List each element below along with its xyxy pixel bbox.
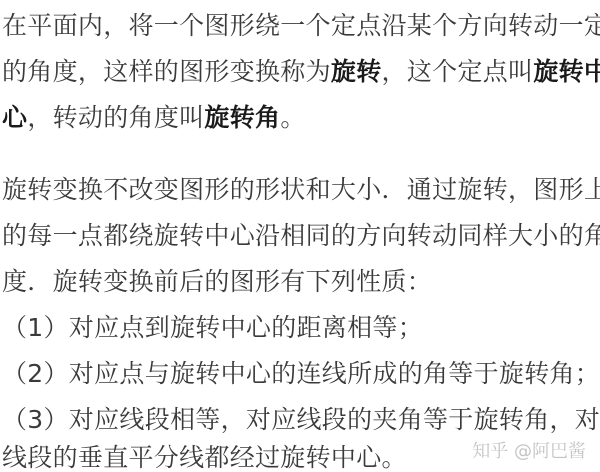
term-rotation-center: 旋转中 [533, 57, 600, 86]
watermark: 知乎 @阿巴酱 [472, 440, 586, 464]
term-rotation-center-end: 心 [2, 103, 27, 132]
p1-line-3: 心，转动的角度叫旋转角。 [2, 103, 306, 133]
p2-line-3: 度．旋转变换前后的图形有下列性质： [2, 267, 432, 297]
text: ，这个定点叫 [382, 57, 534, 86]
p2-line-1: 旋转变换不改变图形的形状和大小．通过旋转，图形上 [2, 175, 600, 205]
text: 在平面内，将一个图形绕一个定点沿某个方向转动一定 [2, 11, 600, 40]
p1-line-1: 在平面内，将一个图形绕一个定点沿某个方向转动一定 [2, 11, 600, 41]
term-rotation-angle: 旋转角 [204, 103, 280, 132]
property-3-cont: 线段的垂直平分线都经过旋转中心。 [2, 443, 407, 472]
text: 的角度，这样的图形变换称为 [2, 57, 331, 86]
property-3: （3）对应线段相等，对应线段的夹角等于旋转角，对应 [2, 405, 600, 435]
p1-line-2: 的角度，这样的图形变换称为旋转，这个定点叫旋转中 [2, 57, 600, 87]
property-2: （2）对应点与旋转中心的连线所成的角等于旋转角； [2, 359, 600, 389]
text: 。 [280, 103, 305, 132]
text: ，转动的角度叫 [27, 103, 204, 132]
property-1: （1）对应点到旋转中心的距离相等； [2, 313, 423, 343]
p2-line-2: 的每一点都绕旋转中心沿相同的方向转动同样大小的角 [2, 221, 600, 251]
term-rotation: 旋转 [331, 57, 382, 86]
